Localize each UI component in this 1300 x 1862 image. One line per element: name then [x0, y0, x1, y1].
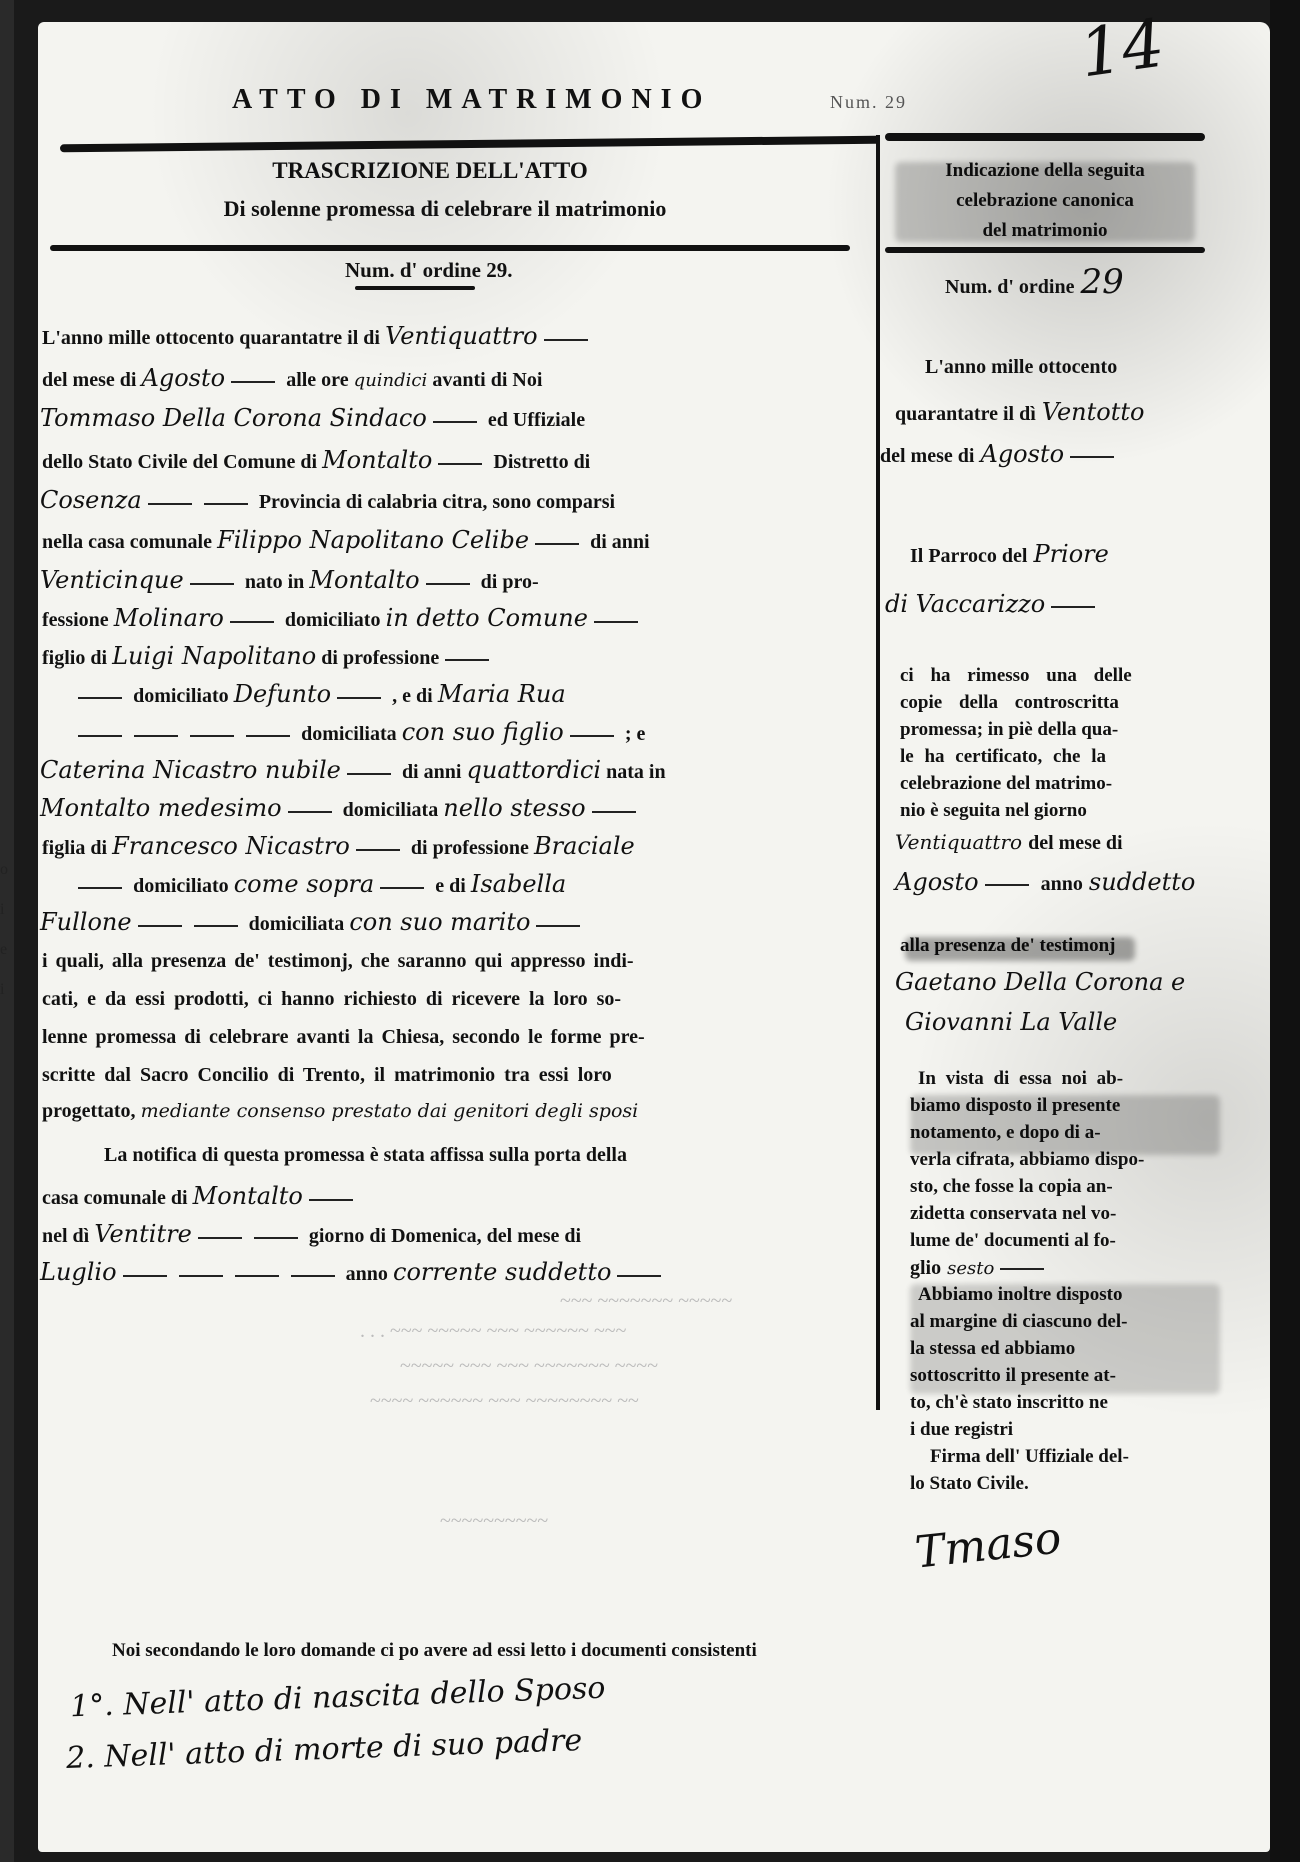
fill-dash — [570, 735, 614, 737]
margin-letter: e — [0, 930, 16, 970]
record-line: domiciliata con suo figlio ; e — [72, 718, 645, 746]
fill-dash — [337, 697, 381, 699]
record-line: figlia di Francesco Nicastro di professi… — [42, 832, 635, 860]
printed-text: del mese di — [1028, 832, 1122, 854]
right-line: nio è seguita nel giorno — [900, 800, 1087, 822]
printed-text: Distretto di — [493, 451, 590, 473]
handwritten-day: Ventiquattro — [385, 322, 537, 350]
ink-smudge — [905, 937, 1135, 961]
handwritten-notice-day: Ventitre — [94, 1220, 191, 1248]
printed-text: quarantatre il dì — [895, 403, 1036, 425]
right-line: Ventiquattro del mese di — [895, 830, 1123, 855]
fill-dash — [148, 503, 192, 505]
notice-line: nel dì Ventitre giorno di Domenica, del … — [42, 1220, 581, 1248]
handwritten-witness: Giovanni La Valle — [905, 1008, 1117, 1036]
fill-dash — [246, 735, 290, 737]
right-line: Il Parroco del Priore — [910, 540, 1109, 568]
right-line: to, ch'è stato inscritto ne — [910, 1392, 1108, 1414]
handwritten-bride-age: quattordici — [467, 756, 602, 784]
printed-text: domiciliata — [301, 723, 397, 745]
right-line: glio sesto — [910, 1257, 1050, 1280]
fill-dash — [445, 659, 489, 661]
right-line: ci ha rimesso una delle — [900, 665, 1132, 687]
fill-dash — [190, 583, 234, 585]
fill-dash — [123, 1275, 167, 1277]
printed-text: dello Stato Civile del Comune di — [42, 451, 317, 473]
body-line: cati, e da essi prodotti, ci hanno richi… — [42, 988, 621, 1011]
right-line: quarantatre il dì Ventotto — [895, 398, 1144, 426]
ink-smudge — [910, 1095, 1220, 1155]
fill-dash — [1051, 606, 1095, 608]
fill-dash — [291, 1275, 335, 1277]
printed-text: progettato, — [42, 1100, 136, 1122]
handwritten-day: Ventotto — [1042, 398, 1145, 426]
printed-text: nel dì — [42, 1225, 89, 1247]
record-line: dello Stato Civile del Comune di Montalt… — [42, 446, 590, 474]
handwritten-notice-month: Luglio — [40, 1258, 117, 1286]
printed-text: domiciliato — [133, 685, 229, 707]
printed-text: nata in — [606, 761, 665, 783]
fill-dash — [138, 925, 182, 927]
fill-dash — [204, 503, 248, 505]
fill-dash — [535, 543, 579, 545]
printed-text: fessione — [42, 609, 109, 631]
printed-text: ed Uffiziale — [488, 409, 585, 431]
left-order-number: Num. d' ordine 29. — [345, 258, 512, 283]
order-label: Num. d' ordine — [345, 258, 481, 282]
notice-line: Luglio anno corrente suddetto — [40, 1258, 667, 1286]
folio-number: 14 — [1075, 5, 1169, 93]
fill-dash — [288, 811, 332, 813]
fill-dash — [347, 773, 391, 775]
fill-dash — [230, 621, 274, 623]
handwritten-folio: sesto — [947, 1258, 994, 1279]
fill-dash — [433, 421, 477, 423]
handwritten-month: Agosto — [142, 364, 226, 392]
printed-text: Il Parroco del — [910, 545, 1027, 567]
body-line: scritte dal Sacro Concilio di Trento, il… — [42, 1064, 612, 1087]
handwritten-month: Agosto — [980, 440, 1064, 468]
faded-header-fragment: Num. 29 — [830, 92, 907, 113]
printed-text: domiciliata — [343, 799, 439, 821]
record-line: nella casa comunale Filippo Napolitano C… — [42, 526, 650, 554]
handwritten-month: Agosto — [895, 868, 979, 896]
printed-text: domiciliato — [133, 875, 229, 897]
handwritten-bride-mother-domicile: con suo marito — [349, 908, 530, 936]
record-line: Fullone domiciliata con suo marito — [40, 908, 586, 936]
header-rule-right — [885, 247, 1205, 253]
right-line: zidetta conservata nel vo- — [910, 1203, 1116, 1225]
fill-dash — [594, 621, 638, 623]
notice-line: casa comunale di Montalto — [42, 1182, 359, 1210]
margin-letter: o — [0, 850, 16, 890]
printed-text: di pro- — [481, 571, 539, 593]
printed-text: casa comunale di — [42, 1187, 188, 1209]
printed-text: figlio di — [42, 647, 107, 669]
handwritten-father: Luigi Napolitano — [112, 642, 316, 670]
printed-text: di professione — [321, 647, 439, 669]
record-line: Montalto medesimo domiciliata nello stes… — [40, 794, 642, 822]
printed-text: domiciliato — [285, 609, 381, 631]
fill-dash — [235, 1275, 279, 1277]
right-line: Gaetano Della Corona e — [895, 968, 1185, 996]
fill-dash — [254, 1237, 298, 1239]
printed-text: L'anno mille ottocento quarantatre il di — [42, 327, 380, 349]
handwritten-bride-father-profession: Braciale — [534, 832, 635, 860]
fill-dash — [179, 1275, 223, 1277]
handwritten-mother: Maria Rua — [438, 680, 566, 708]
bleed-through-text: ~~~ ~~~~~~~ ~~~~~ — [560, 1290, 732, 1313]
handwritten-title: Priore — [1033, 540, 1108, 568]
order-label: Num. d' ordine — [945, 276, 1074, 298]
right-line: Giovanni La Valle — [905, 1008, 1117, 1036]
order-number: 29 — [1081, 262, 1124, 302]
record-line: Tommaso Della Corona Sindaco ed Uffizial… — [40, 404, 585, 432]
handwritten-comune: Montalto — [193, 1182, 303, 1210]
record-line: Caterina Nicastro nubile di anni quattor… — [40, 756, 666, 784]
right-line: In vista di essa noi ab- — [918, 1068, 1123, 1090]
fill-dash — [134, 735, 178, 737]
handwritten-bride-father-domicile: come sopra — [234, 870, 374, 898]
record-line: figlio di Luigi Napolitano di profession… — [42, 642, 495, 670]
printed-text: giorno di Domenica, del mese di — [309, 1225, 581, 1247]
fill-dash — [380, 887, 424, 889]
fill-dash — [309, 1199, 353, 1201]
column-divider — [876, 135, 880, 1410]
handwritten-groom: Filippo Napolitano Celibe — [217, 526, 529, 554]
handwritten-comune: Montalto — [322, 446, 432, 474]
header-rule-left — [50, 245, 850, 251]
handwritten-father-status: Defunto — [234, 680, 331, 708]
handwritten-profession: Molinaro — [114, 604, 224, 632]
handwritten-parish: di Vaccarizzo — [885, 590, 1045, 618]
record-line: fessione Molinaro domiciliato in detto C… — [42, 604, 644, 632]
handwritten-bride-mother-surname: Fullone — [40, 908, 132, 936]
handwritten-mother-domicile: con suo figlio — [402, 718, 564, 746]
printed-text: L'anno mille ottocento — [925, 356, 1117, 378]
handwritten-bride-father: Francesco Nicastro — [112, 832, 350, 860]
fill-dash — [617, 1275, 661, 1277]
scan-right-edge — [1270, 0, 1300, 1862]
bleed-through-text: ~~~~~~~~~~ — [440, 1510, 548, 1533]
printed-text: di professione — [411, 837, 529, 859]
printed-text: ; e — [625, 723, 646, 745]
fill-dash — [592, 811, 636, 813]
right-line: del mese di Agosto — [880, 440, 1120, 468]
printed-text: nella casa comunale — [42, 531, 212, 553]
body-line: lenne promessa di celebrare avanti la Ch… — [42, 1026, 645, 1049]
body-line-progettato: progettato, mediante consenso prestato d… — [42, 1100, 638, 1123]
handwritten-birthplace: Montalto — [309, 566, 419, 594]
fill-dash — [190, 735, 234, 737]
fill-dash — [78, 887, 122, 889]
right-line: Firma dell' Uffiziale del- — [930, 1446, 1129, 1468]
fill-dash — [1000, 1268, 1044, 1270]
handwritten-bride-domicile: nello stesso — [443, 794, 585, 822]
handwritten-bride: Caterina Nicastro nubile — [40, 756, 341, 784]
left-heading: TRASCRIZIONE DELL'ATTO — [190, 158, 670, 184]
handwritten-notice-year: corrente suddetto — [393, 1258, 611, 1286]
handwritten-bride-mother: Isabella — [471, 870, 566, 898]
right-line: L'anno mille ottocento — [925, 356, 1117, 379]
margin-letter: i — [0, 970, 16, 1010]
fill-dash — [194, 925, 238, 927]
order-number: 29. — [486, 258, 512, 282]
handwritten-domicile: in detto Comune — [386, 604, 588, 632]
record-line: domiciliato Defunto , e di Maria Rua — [72, 680, 566, 708]
right-line: di Vaccarizzo — [885, 590, 1101, 618]
right-line: promessa; in piè della qua- — [900, 719, 1118, 741]
printed-text: glio — [910, 1257, 941, 1279]
right-line: le ha certificato, che la — [900, 746, 1106, 768]
fill-dash — [231, 381, 275, 383]
right-line: Agosto anno suddetto — [895, 868, 1195, 896]
fill-dash — [985, 884, 1029, 886]
printed-text: nato in — [245, 571, 304, 593]
printed-text: del mese di — [42, 369, 136, 391]
fill-dash — [78, 735, 122, 737]
right-line: sto, che fosse la copia an- — [910, 1176, 1113, 1198]
fill-dash — [438, 463, 482, 465]
notice-line: La notifica di questa promessa è stata a… — [104, 1144, 627, 1167]
printed-text: Provincia di calabria citra, sono compar… — [259, 491, 615, 513]
printed-text: di anni — [590, 531, 649, 553]
bleed-through-text: ~~~~~ ~~~ ~~~ ~~~~~~~ ~~~~ — [400, 1355, 658, 1378]
fill-dash — [1070, 456, 1114, 458]
printed-text: avanti di Noi — [432, 369, 542, 391]
record-line: del mese di Agosto alle ore quindici ava… — [42, 364, 542, 392]
handwritten-age: Venticinque — [40, 566, 184, 594]
right-line: lo Stato Civile. — [910, 1473, 1029, 1495]
record-line: L'anno mille ottocento quarantatre il di… — [42, 322, 594, 350]
printed-text: di anni — [402, 761, 461, 783]
right-line: i due registri — [910, 1419, 1013, 1441]
title-rule-right — [885, 133, 1205, 141]
right-line: copie della controscritta — [900, 692, 1119, 714]
handwritten-witness: Gaetano Della Corona e — [895, 968, 1185, 996]
margin-letter: i — [0, 890, 16, 930]
ink-smudge — [910, 1284, 1220, 1394]
fill-dash — [198, 1237, 242, 1239]
left-subheading: Di solenne promessa di celebrare il matr… — [120, 196, 770, 222]
right-line: lume de' documenti al fo- — [910, 1230, 1116, 1252]
printed-text: e di — [435, 875, 466, 897]
printed-text: anno — [346, 1263, 388, 1285]
fill-dash — [356, 849, 400, 851]
body-line: i quali, alla presenza de' testimonj, ch… — [42, 950, 634, 973]
printed-text: del mese di — [880, 445, 974, 467]
handwritten-year: suddetto — [1089, 868, 1195, 896]
right-line: celebrazione del matrimo- — [900, 773, 1112, 795]
fill-dash — [536, 925, 580, 927]
printed-text: alle ore — [286, 369, 348, 391]
fill-dash — [78, 697, 122, 699]
ink-smudge — [895, 162, 1195, 242]
printed-text: anno — [1041, 873, 1083, 895]
brace-ornament — [355, 286, 475, 290]
printed-text: , e di — [392, 685, 433, 707]
margin-letters: o i e i — [0, 850, 16, 1010]
record-line: Venticinque nato in Montalto di pro- — [40, 566, 539, 594]
printed-text: figlia di — [42, 837, 107, 859]
handwritten-officer: Tommaso Della Corona Sindaco — [40, 404, 427, 432]
printed-text: domiciliata — [249, 913, 345, 935]
fill-dash — [426, 583, 470, 585]
footer-printed-line: Noi secondando le loro domande ci po ave… — [112, 1640, 757, 1662]
document-title: ATTO DI MATRIMONIO — [232, 84, 711, 116]
bleed-through-text: . . . ~~~ ~~~~~ ~~~ ~~~~~~ ~~~ — [360, 1320, 626, 1343]
record-line: domiciliato come sopra e di Isabella — [72, 870, 566, 898]
right-order-number: Num. d' ordine 29 — [945, 262, 1124, 302]
handwritten-day: Ventiquattro — [895, 830, 1022, 854]
handwritten-hour: quindici — [354, 370, 428, 391]
fill-dash — [544, 339, 588, 341]
handwritten-bride-birthplace: Montalto medesimo — [40, 794, 282, 822]
handwritten-district: Cosenza — [40, 486, 142, 514]
bleed-through-text: ~~~~ ~~~~~~ ~~~ ~~~~~~~~ ~~ — [370, 1390, 639, 1413]
record-line: Cosenza Provincia di calabria citra, son… — [40, 486, 615, 514]
handwritten-consent: mediante consenso prestato dai genitori … — [141, 1100, 639, 1122]
